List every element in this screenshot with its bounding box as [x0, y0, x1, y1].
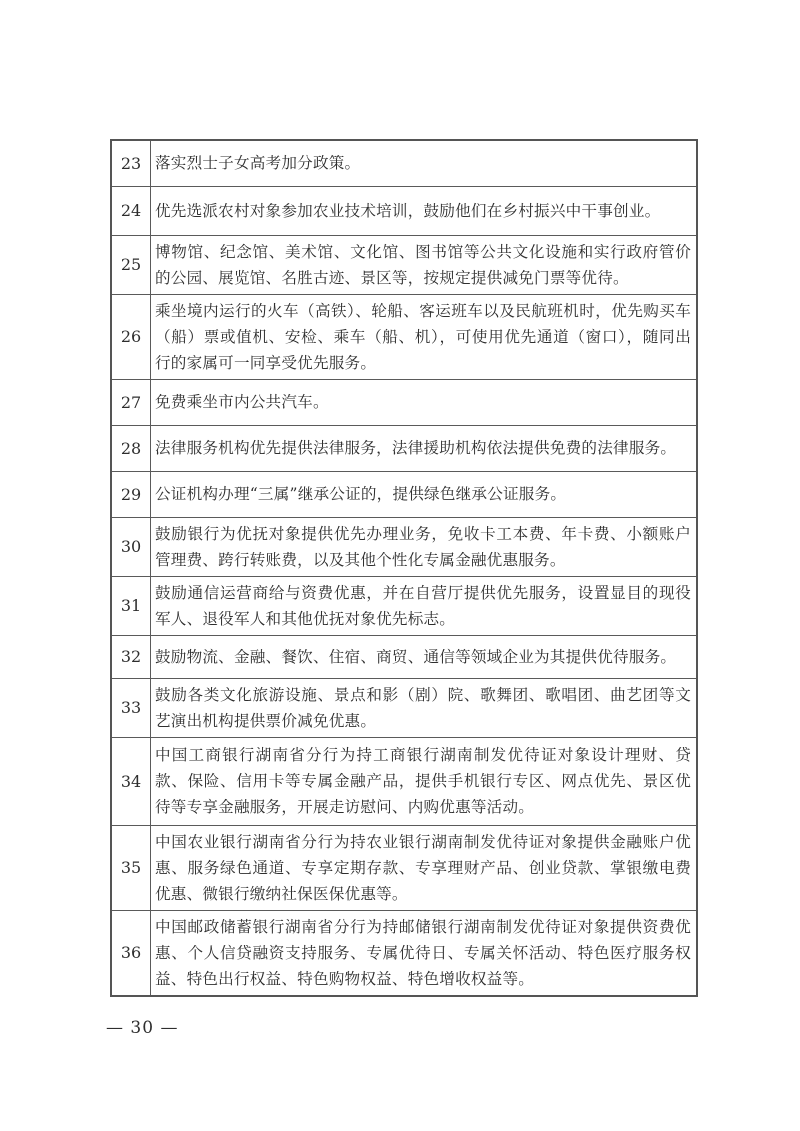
table-row: 28 法律服务机构优先提供法律服务，法律援助机构依法提供免费的法律服务。: [111, 425, 697, 471]
table-row: 30 鼓励银行为优抚对象提供优先办理业务，免收卡工本费、年卡费、小额账户管理费、…: [111, 517, 697, 576]
row-text: 鼓励物流、金融、餐饮、住宿、商贸、通信等领域企业为其提供优待服务。: [151, 635, 698, 678]
row-number: 32: [111, 635, 151, 678]
row-text: 博物馆、纪念馆、美术馆、文化馆、图书馆等公共文化设施和实行政府管价的公园、展览馆…: [151, 235, 698, 294]
benefits-table: 23 落实烈士子女高考加分政策。 24 优先选派农村对象参加农业技术培训，鼓励他…: [110, 139, 698, 997]
row-number: 36: [111, 910, 151, 996]
row-text: 中国农业银行湖南省分行为持农业银行湖南制发优待证对象提供金融账户优惠、服务绿色通…: [151, 825, 698, 910]
table-row: 31 鼓励通信运营商给与资费优惠，并在自营厅提供优先服务，设置显目的现役军人、退…: [111, 576, 697, 635]
table-row: 35 中国农业银行湖南省分行为持农业银行湖南制发优待证对象提供金融账户优惠、服务…: [111, 825, 697, 910]
row-text: 乘坐境内运行的火车（高铁）、轮船、客运班车以及民航班机时，优先购买车（船）票或值…: [151, 294, 698, 379]
row-text: 法律服务机构优先提供法律服务，法律援助机构依法提供免费的法律服务。: [151, 425, 698, 471]
table-row: 29 公证机构办理“三属”继承公证的，提供绿色继承公证服务。: [111, 471, 697, 517]
row-number: 27: [111, 379, 151, 425]
row-number: 30: [111, 517, 151, 576]
row-number: 35: [111, 825, 151, 910]
table-row: 36 中国邮政储蓄银行湖南省分行为持邮储银行湖南制发优待证对象提供资费优惠、个人…: [111, 910, 697, 996]
row-text: 中国工商银行湖南省分行为持工商银行湖南制发优待证对象设计理财、贷款、保险、信用卡…: [151, 737, 698, 825]
row-number: 28: [111, 425, 151, 471]
table-row: 34 中国工商银行湖南省分行为持工商银行湖南制发优待证对象设计理财、贷款、保险、…: [111, 737, 697, 825]
table-row: 25 博物馆、纪念馆、美术馆、文化馆、图书馆等公共文化设施和实行政府管价的公园、…: [111, 235, 697, 294]
row-number: 31: [111, 576, 151, 635]
row-text: 鼓励通信运营商给与资费优惠，并在自营厅提供优先服务，设置显目的现役军人、退役军人…: [151, 576, 698, 635]
table-row: 26 乘坐境内运行的火车（高铁）、轮船、客运班车以及民航班机时，优先购买车（船）…: [111, 294, 697, 379]
row-number: 29: [111, 471, 151, 517]
page-number-footer: — 30 —: [106, 1018, 178, 1038]
row-text: 公证机构办理“三属”继承公证的，提供绿色继承公证服务。: [151, 471, 698, 517]
table-row: 24 优先选派农村对象参加农业技术培训，鼓励他们在乡村振兴中干事创业。: [111, 186, 697, 235]
row-number: 34: [111, 737, 151, 825]
document-page: 23 落实烈士子女高考加分政策。 24 优先选派农村对象参加农业技术培训，鼓励他…: [0, 0, 800, 1131]
row-text: 鼓励各类文化旅游设施、景点和影（剧）院、歌舞团、歌唱团、曲艺团等文艺演出机构提供…: [151, 678, 698, 737]
row-text: 优先选派农村对象参加农业技术培训，鼓励他们在乡村振兴中干事创业。: [151, 186, 698, 235]
row-number: 33: [111, 678, 151, 737]
row-text: 免费乘坐市内公共汽车。: [151, 379, 698, 425]
row-text: 中国邮政储蓄银行湖南省分行为持邮储银行湖南制发优待证对象提供资费优惠、个人信贷融…: [151, 910, 698, 996]
row-number: 25: [111, 235, 151, 294]
row-number: 26: [111, 294, 151, 379]
table-row: 32 鼓励物流、金融、餐饮、住宿、商贸、通信等领域企业为其提供优待服务。: [111, 635, 697, 678]
row-text: 落实烈士子女高考加分政策。: [151, 140, 698, 186]
table-row: 33 鼓励各类文化旅游设施、景点和影（剧）院、歌舞团、歌唱团、曲艺团等文艺演出机…: [111, 678, 697, 737]
table-row: 23 落实烈士子女高考加分政策。: [111, 140, 697, 186]
table-row: 27 免费乘坐市内公共汽车。: [111, 379, 697, 425]
row-number: 24: [111, 186, 151, 235]
row-text: 鼓励银行为优抚对象提供优先办理业务，免收卡工本费、年卡费、小额账户管理费、跨行转…: [151, 517, 698, 576]
row-number: 23: [111, 140, 151, 186]
